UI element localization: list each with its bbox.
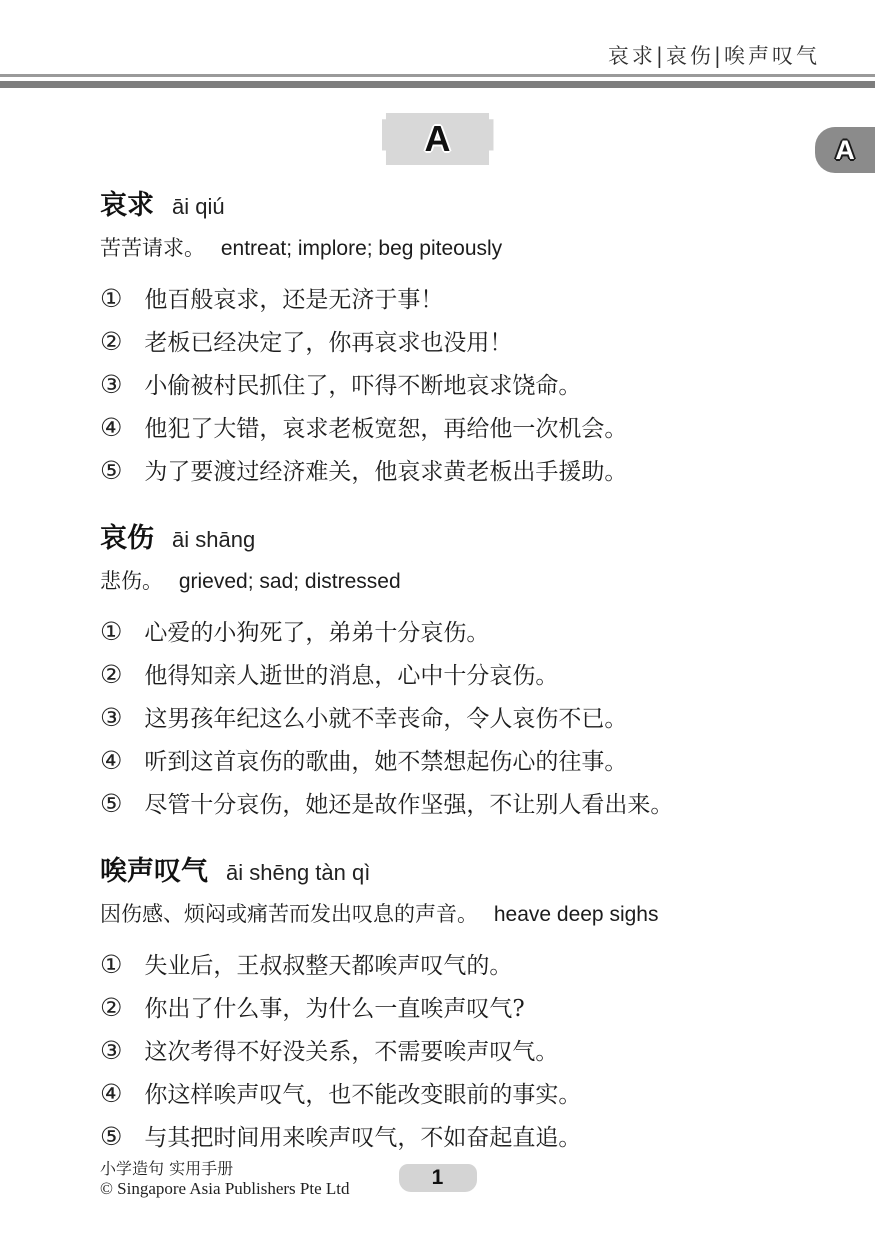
entry-aishang: 哀伤 āi shāng 悲伤。 grieved; sad; distressed… [100,521,807,826]
definition-chinese: 苦苦请求。 [100,237,205,260]
headword-line: 哀伤 āi shāng [100,521,807,557]
definition: 苦苦请求。 entreat; implore; beg piteously [100,234,807,264]
footer-imprint: 小学造句 实用手册 © Singapore Asia Publishers Pt… [100,1159,350,1199]
example-row: ① 失业后，王叔叔整天都唉声叹气的。 [100,944,807,987]
entry-aishengtanqi: 唉声叹气 āi shēng tàn qì 因伤感、烦闷或痛苦而发出叹息的声音。 … [100,854,807,1159]
example-sentence: 你这样唉声叹气，也不能改变眼前的事实。 [144,1075,581,1116]
example-sentence: 你出了什么事，为什么一直唉声叹气? [144,989,524,1030]
example-number: ⑤ [100,450,122,491]
example-row: ③ 这次考得不好没关系，不需要唉声叹气。 [100,1030,807,1073]
side-tab-letter: A [835,135,855,166]
example-number: ⑤ [100,1116,122,1157]
example-row: ⑤ 尽管十分哀伤，她还是故作坚强，不让别人看出来。 [100,783,807,826]
example-sentence: 尽管十分哀伤，她还是故作坚强，不让别人看出来。 [144,785,673,826]
example-number: ② [100,321,122,362]
example-row: ④ 听到这首哀伤的歌曲，她不禁想起伤心的往事。 [100,740,807,783]
definition-english: heave deep sighs [494,903,659,926]
definition-chinese: 悲伤。 [100,570,163,593]
example-number: ① [100,278,122,319]
example-sentence: 小偷被村民抓住了，吓得不断地哀求饶命。 [144,366,581,407]
example-sentence: 他得知亲人逝世的消息，心中十分哀伤。 [144,656,558,697]
headword: 哀求 [100,188,154,222]
pinyin: āi shāng [172,523,255,557]
book-title: 小学造句 实用手册 [100,1159,350,1179]
pinyin: āi qiú [172,190,225,224]
headword: 唉声叹气 [100,854,208,888]
example-list: ① 他百般哀求，还是无济于事！ ② 老板已经决定了，你再哀求也没用！ ③ 小偷被… [100,278,807,493]
dictionary-page: 哀求|哀伤|唉声叹气 A A 哀求 āi qiú 苦苦请求。 entreat; … [0,0,875,1241]
example-row: ② 老板已经决定了，你再哀求也没用！ [100,321,807,364]
example-number: ① [100,944,122,985]
example-row: ⑤ 与其把时间用来唉声叹气，不如奋起直追。 [100,1116,807,1159]
example-sentence: 听到这首哀伤的歌曲，她不禁想起伤心的往事。 [144,742,627,783]
example-number: ② [100,654,122,695]
headword-line: 哀求 āi qiú [100,188,807,224]
example-sentence: 他百般哀求，还是无济于事！ [144,280,443,321]
example-row: ④ 他犯了大错，哀求老板宽恕，再给他一次机会。 [100,407,807,450]
example-row: ⑤ 为了要渡过经济难关，他哀求黄老板出手援助。 [100,450,807,493]
example-list: ① 失业后，王叔叔整天都唉声叹气的。 ② 你出了什么事，为什么一直唉声叹气? ③… [100,944,807,1159]
example-sentence: 他犯了大错，哀求老板宽恕，再给他一次机会。 [144,409,627,450]
entries-area: 哀求 āi qiú 苦苦请求。 entreat; implore; beg pi… [100,188,807,1159]
example-sentence: 这次考得不好没关系，不需要唉声叹气。 [144,1032,558,1073]
definition-english: entreat; implore; beg piteously [221,237,502,260]
example-list: ① 心爱的小狗死了，弟弟十分哀伤。 ② 他得知亲人逝世的消息，心中十分哀伤。 ③… [100,611,807,826]
example-sentence: 老板已经决定了，你再哀求也没用！ [144,323,512,364]
example-sentence: 这男孩年纪这么小就不幸丧命，令人哀伤不已。 [144,699,627,740]
example-number: ③ [100,364,122,405]
definition: 因伤感、烦闷或痛苦而发出叹息的声音。 heave deep sighs [100,900,807,930]
running-head: 哀求|哀伤|唉声叹气 [608,40,820,70]
example-row: ① 他百般哀求，还是无济于事！ [100,278,807,321]
example-row: ③ 这男孩年纪这么小就不幸丧命，令人哀伤不已。 [100,697,807,740]
pinyin: āi shēng tàn qì [226,856,370,890]
badge-dot-icon [370,157,376,163]
example-sentence: 失业后，王叔叔整天都唉声叹气的。 [144,946,512,987]
example-number: ④ [100,740,122,781]
example-row: ② 你出了什么事，为什么一直唉声叹气? [100,987,807,1030]
header-rule-thin [0,74,875,77]
headword-line: 唉声叹气 āi shēng tàn qì [100,854,807,890]
header-rule-thick [0,81,875,88]
example-number: ③ [100,697,122,738]
entry-aiqiu: 哀求 āi qiú 苦苦请求。 entreat; implore; beg pi… [100,188,807,493]
definition-english: grieved; sad; distressed [179,570,401,593]
example-sentence: 与其把时间用来唉声叹气，不如奋起直追。 [144,1118,581,1159]
example-row: ① 心爱的小狗死了，弟弟十分哀伤。 [100,611,807,654]
example-number: ⑤ [100,783,122,824]
section-letter: A [425,118,451,160]
badge-dot-icon [500,115,506,121]
example-number: ④ [100,1073,122,1114]
copyright-line: © Singapore Asia Publishers Pte Ltd [100,1179,350,1199]
definition: 悲伤。 grieved; sad; distressed [100,567,807,597]
example-number: ② [100,987,122,1028]
example-number: ④ [100,407,122,448]
definition-chinese: 因伤感、烦闷或痛苦而发出叹息的声音。 [100,903,478,926]
example-number: ③ [100,1030,122,1071]
example-row: ③ 小偷被村民抓住了，吓得不断地哀求饶命。 [100,364,807,407]
badge-dot-icon [500,157,506,163]
alphabet-side-tab: A [815,127,875,173]
example-sentence: 心爱的小狗死了，弟弟十分哀伤。 [144,613,489,654]
page-number: 1 [432,1166,444,1190]
badge-dot-icon [370,115,376,121]
section-letter-badge: A [382,113,494,165]
headword: 哀伤 [100,521,154,555]
page-number-badge: 1 [399,1164,477,1192]
example-row: ② 他得知亲人逝世的消息，心中十分哀伤。 [100,654,807,697]
example-number: ① [100,611,122,652]
example-row: ④ 你这样唉声叹气，也不能改变眼前的事实。 [100,1073,807,1116]
example-sentence: 为了要渡过经济难关，他哀求黄老板出手援助。 [144,452,627,493]
